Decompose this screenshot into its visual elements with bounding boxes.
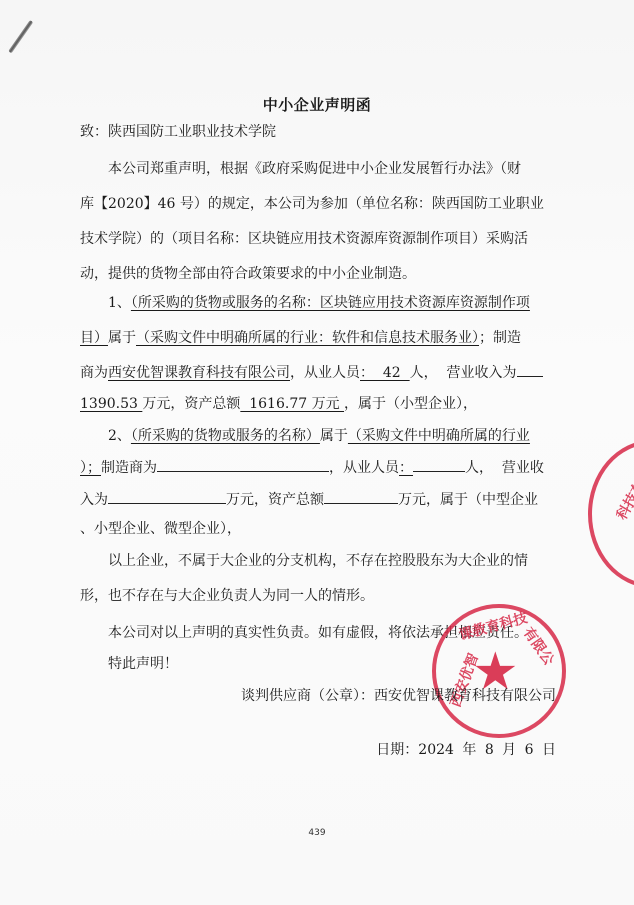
item1-manufacturer-prefix: ；制造 (479, 330, 521, 346)
document-page: 中小企业声明函 致：陕西国防工业职业技术学院 本公司郑重声明，根据《政府采购促进… (0, 0, 634, 905)
item2-revenue-blank (108, 489, 226, 504)
item1-employees-label: ，从业人员 (290, 365, 360, 381)
recipient-line: 致：陕西国防工业职业技术学院 (80, 122, 276, 142)
statement-line-4: 特此声明！ (108, 654, 178, 674)
item2-assets-blank (324, 489, 398, 504)
item1-revenue-blank (517, 362, 543, 377)
item2-line-1: 2、（所采购的货物或服务的名称）属于（采购文件中明确所属的行业 (108, 426, 530, 446)
item2-employees-colon: ： (399, 460, 413, 476)
item1-belongs: 属于 (108, 330, 136, 346)
statement-line-2: 形，也不存在与大企业负责人为同一人的情形。 (80, 586, 374, 606)
item1-line-3: 商为西安优智课教育科技有限公司，从业人员： 42 人， 营业收入为 (80, 362, 543, 383)
item2-line-4: 、小型企业、微型企业）， (80, 519, 241, 539)
item1-industry: （采购文件中明确所属的行业：软件和信息技术服务业） (136, 330, 479, 346)
item1-goods-name: （所采购的货物或服务的名称：区块链应用技术资源库资源制作项 (131, 295, 530, 311)
item2-industry-cont: ）； (80, 460, 101, 476)
official-seal-partial: 科技有限 (588, 440, 634, 588)
item2-line-2: ）；制造商为，从业人员：人， 营业收 (80, 457, 544, 478)
signature-line: 谈判供应商（公章）：西安优智课教育科技有限公司 (241, 686, 556, 706)
item1-manufacturer-label: 商为 (80, 365, 108, 381)
item1-manufacturer: 西安优智课教育科技有限公司 (108, 365, 290, 381)
item2-industry: （采购文件中明确所属的行业 (348, 428, 530, 444)
official-seal: ★ 课教育科技 有限公 西安优智 (432, 604, 566, 738)
item1-employees-unit: 人， 营业收入为 (410, 365, 517, 381)
item1-revenue: 1390.53 (80, 396, 142, 412)
item2-assets-unit: 万元，属于（中型企业 (398, 492, 538, 508)
item1-revenue-unit: 万元，资产总额 (142, 396, 240, 412)
intro-line-2: 库【2020】46 号）的规定，本公司为参加（单位名称：陕西国防工业职业 (80, 194, 544, 214)
item1-line-1: 1、（所采购的货物或服务的名称：区块链应用技术资源库资源制作项 (108, 293, 530, 313)
item2-manufacturer-blank (157, 457, 329, 472)
item2-goods-name: （所采购的货物或服务的名称） (131, 428, 320, 444)
item1-number: 1、 (108, 295, 131, 311)
item2-belongs: 属于 (320, 428, 348, 444)
staple-mark (8, 20, 33, 53)
item2-employees-label: ，从业人员 (329, 460, 399, 476)
intro-line-3: 技术学院）的（项目名称：区块链应用技术资源库资源制作项目）采购活 (80, 229, 528, 249)
item1-employees: ： 42 (360, 365, 410, 381)
intro-line-4: 动，提供的货物全部由符合政策要求的中小企业制造。 (80, 264, 416, 284)
statement-line-1: 以上企业，不属于大企业的分支机构，不存在控股股东为大企业的情 (108, 551, 528, 571)
item2-number: 2、 (108, 428, 131, 444)
page-number: 439 (0, 828, 634, 838)
item2-manufacturer-label: 制造商为 (101, 460, 157, 476)
item1-category: ，属于（小型企业）， (344, 396, 477, 412)
date-line: 日期：2024 年 8 月 6 日 (376, 740, 556, 760)
item1-assets: 1616.77 万元 (240, 396, 344, 412)
item2-revenue-unit: 万元，资产总额 (226, 492, 324, 508)
intro-line-1: 本公司郑重声明，根据《政府采购促进中小企业发展暂行办法》（财 (108, 159, 521, 179)
item2-revenue-label: 入为 (80, 492, 108, 508)
item1-goods-name-cont: 目） (80, 330, 108, 346)
item2-employees-unit: 人， 营业收 (465, 460, 544, 476)
item1-line-2: 目）属于（采购文件中明确所属的行业：软件和信息技术服务业）；制造 (80, 328, 521, 348)
item2-line-3: 入为万元，资产总额万元，属于（中型企业 (80, 489, 538, 510)
item2-employees-blank (413, 457, 465, 472)
item1-line-4: 1390.53 万元，资产总额 1616.77 万元 ，属于（小型企业）， (80, 394, 477, 414)
document-title: 中小企业声明函 (0, 94, 634, 115)
